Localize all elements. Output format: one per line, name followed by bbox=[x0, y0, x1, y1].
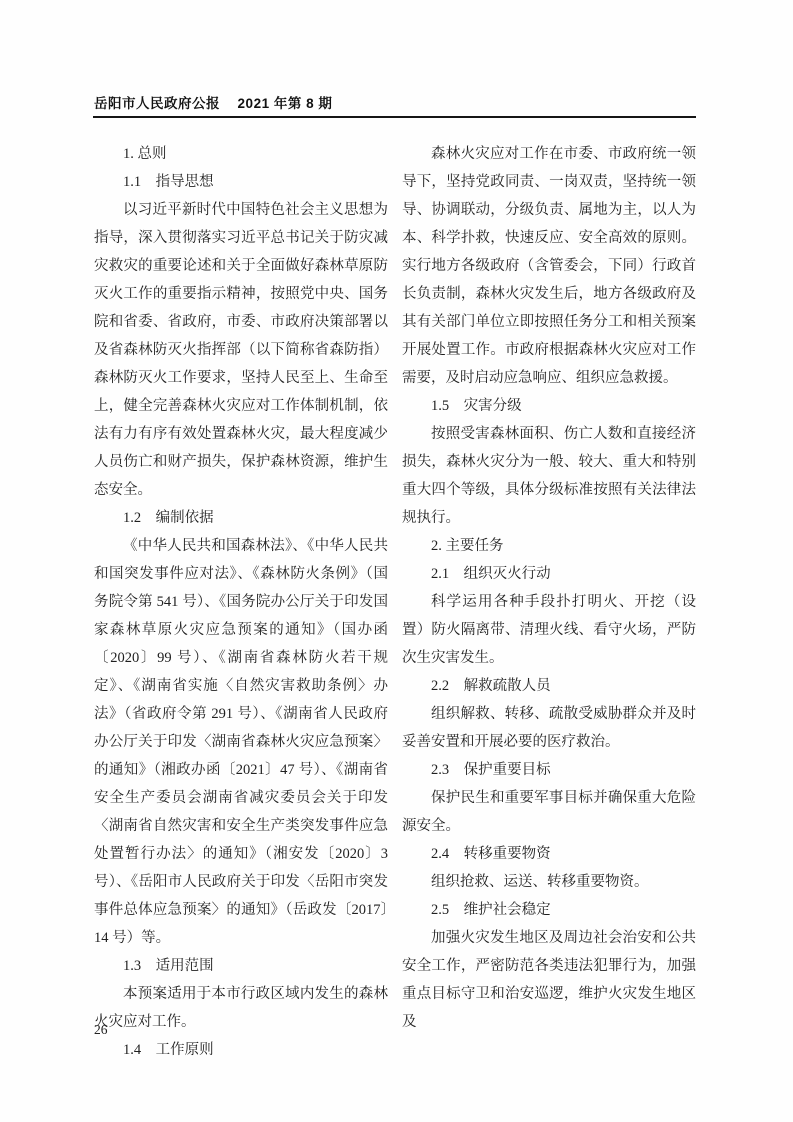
body-paragraph: 森林火灾应对工作在市委、市政府统一领导下，坚持党政同责、一岗双责，坚持统一领导、… bbox=[402, 140, 696, 392]
body-paragraph: 组织抢救、运送、转移重要物资。 bbox=[402, 868, 696, 896]
body-paragraph: 组织解救、转移、疏散受威胁群众并及时妥善安置和开展必要的医疗救治。 bbox=[402, 700, 696, 756]
issue-label: 2021 年第 8 期 bbox=[238, 96, 333, 111]
body-paragraph: 以习近平新时代中国特色社会主义思想为指导，深入贯彻落实习近平总书记关于防灾减灾救… bbox=[94, 196, 388, 504]
body-paragraph: 本预案适用于本市行政区域内发生的森林火灾应对工作。 bbox=[94, 980, 388, 1036]
left-column: 1. 总则1.1 指导思想以习近平新时代中国特色社会主义思想为指导，深入贯彻落实… bbox=[94, 140, 388, 1064]
section-heading: 2.5 维护社会稳定 bbox=[402, 896, 696, 924]
body-paragraph: 加强火灾发生地区及周边社会治安和公共安全工作，严密防范各类违法犯罪行为，加强重点… bbox=[402, 924, 696, 1036]
body-paragraph: 科学运用各种手段扑打明火、开挖（设置）防火隔离带、清理火线、看守火场，严防次生灾… bbox=[402, 588, 696, 672]
section-heading: 2.1 组织灭火行动 bbox=[402, 560, 696, 588]
section-heading: 2.2 解救疏散人员 bbox=[402, 672, 696, 700]
section-heading: 2.4 转移重要物资 bbox=[402, 840, 696, 868]
section-heading: 1.3 适用范围 bbox=[94, 952, 388, 980]
section-heading: 1.4 工作原则 bbox=[94, 1036, 388, 1064]
right-column: 森林火灾应对工作在市委、市政府统一领导下，坚持党政同责、一岗双责，坚持统一领导、… bbox=[402, 140, 696, 1036]
body-paragraph: 保护民生和重要军事目标并确保重大危险源安全。 bbox=[402, 784, 696, 840]
section-heading: 1.1 指导思想 bbox=[94, 168, 388, 196]
section-heading: 2.3 保护重要目标 bbox=[402, 756, 696, 784]
body-paragraph: 按照受害森林面积、伤亡人数和直接经济损失，森林火灾分为一般、较大、重大和特别重大… bbox=[402, 420, 696, 532]
section-heading: 1.2 编制依据 bbox=[94, 504, 388, 532]
section-heading: 2. 主要任务 bbox=[402, 532, 696, 560]
gazette-page: 岳阳市人民政府公报2021 年第 8 期 1. 总则1.1 指导思想以习近平新时… bbox=[0, 0, 793, 1122]
page-number: 26 bbox=[94, 1022, 108, 1038]
section-heading: 1.5 灾害分级 bbox=[402, 392, 696, 420]
gazette-title: 岳阳市人民政府公报 bbox=[94, 96, 220, 111]
header-rule bbox=[93, 116, 696, 118]
body-paragraph: 《中华人民共和国森林法》、《中华人民共和国突发事件应对法》、《森林防火条例》（国… bbox=[94, 532, 388, 952]
section-heading: 1. 总则 bbox=[94, 140, 388, 168]
page-header: 岳阳市人民政府公报2021 年第 8 期 bbox=[94, 92, 696, 112]
